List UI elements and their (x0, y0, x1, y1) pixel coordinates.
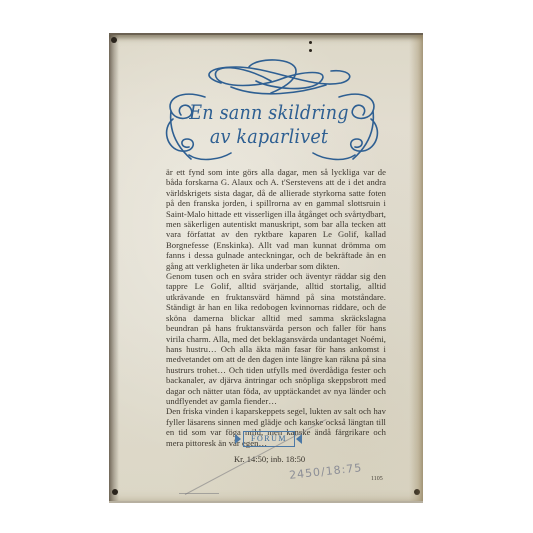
corner-wear-mark (112, 489, 118, 495)
handwritten-price-note: 2450/18:75 (289, 461, 363, 482)
blurb-paragraph: är ett fynd som inte görs alla dagar, me… (166, 167, 386, 271)
book-back-cover: En sann skildring av kaparlivet är ett f… (109, 33, 423, 503)
blurb-text: är ett fynd som inte görs alla dagar, me… (166, 167, 386, 448)
publisher-ornament-left-icon (235, 434, 241, 444)
stain-mark (309, 49, 312, 52)
cover-title-line-2: av kaparlivet (181, 125, 357, 147)
cover-title-line-1: En sann skildring (181, 101, 357, 123)
photo-stage: En sann skildring av kaparlivet är ett f… (0, 0, 533, 533)
blurb-paragraph: Genom tusen och en svåra strider och äve… (166, 271, 386, 406)
stain-mark (309, 41, 312, 44)
corner-wear-mark (414, 489, 420, 495)
corner-wear-mark (111, 37, 117, 43)
pencil-stroke (179, 493, 219, 494)
print-code: 1105 (371, 476, 383, 482)
